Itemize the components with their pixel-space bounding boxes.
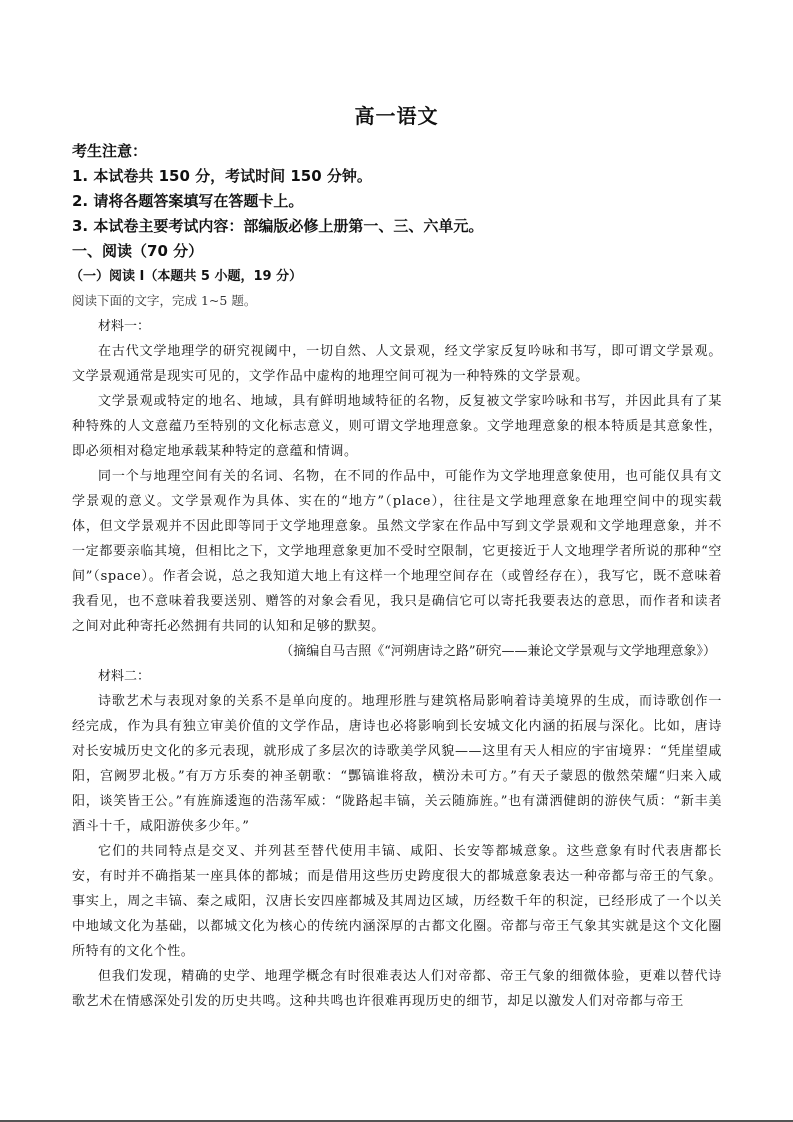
reading-instruction: 阅读下面的文字，完成 1~5 题。	[72, 291, 256, 309]
material-1-paragraph: 文学景观或特定的地名、地域，具有鲜明地域特征的名物，反复被文学家吟咏和书写，并因…	[72, 389, 722, 464]
material-1-label: 材料一：	[72, 314, 722, 339]
page-title: 高一语文	[0, 100, 793, 129]
exam-notice: 考生注意： 1. 本试卷共 150 分，考试时间 150 分钟。 2. 请将各题…	[72, 139, 732, 239]
exam-page: 高一语文 考生注意： 1. 本试卷共 150 分，考试时间 150 分钟。 2.…	[0, 0, 793, 1120]
material-1-paragraph: 同一个与地理空间有关的名词、名物，在不同的作品中，可能作为文学地理意象使用，也可…	[72, 464, 722, 639]
subsection-heading: （一）阅读 I（本题共 5 小题，19 分）	[70, 265, 302, 284]
reading-passage: 材料一： 在古代文学地理学的研究视阈中，一切自然、人文景观，经文学家反复吟咏和书…	[72, 314, 722, 1014]
material-1-paragraph: 在古代文学地理学的研究视阈中，一切自然、人文景观，经文学家反复吟咏和书写，即可谓…	[72, 339, 722, 389]
material-2-paragraph: 但我们发现，精确的史学、地理学概念有时很难表达人们对帝都、帝王气象的细微体验，更…	[72, 964, 722, 1014]
material-2-paragraph: 诗歌艺术与表现对象的关系不是单向度的。地理形胜与建筑格局影响着诗美境界的生成，而…	[72, 689, 722, 839]
notice-item: 2. 请将各题答案填写在答题卡上。	[72, 189, 732, 214]
notice-item: 3. 本试卷主要考试内容：部编版必修上册第一、三、六单元。	[72, 214, 732, 239]
material-2-paragraph: 它们的共同特点是交叉、并列甚至替代使用丰镐、咸阳、长安等都城意象。这些意象有时代…	[72, 839, 722, 964]
material-1-source: （摘编自马吉照《“河朔唐诗之路”研究——兼论文学景观与文学地理意象》）	[72, 639, 722, 664]
material-2-label: 材料二：	[72, 664, 722, 689]
notice-heading: 考生注意：	[72, 139, 732, 164]
notice-item: 1. 本试卷共 150 分，考试时间 150 分钟。	[72, 164, 732, 189]
section-heading: 一、阅读（70 分）	[72, 240, 203, 261]
